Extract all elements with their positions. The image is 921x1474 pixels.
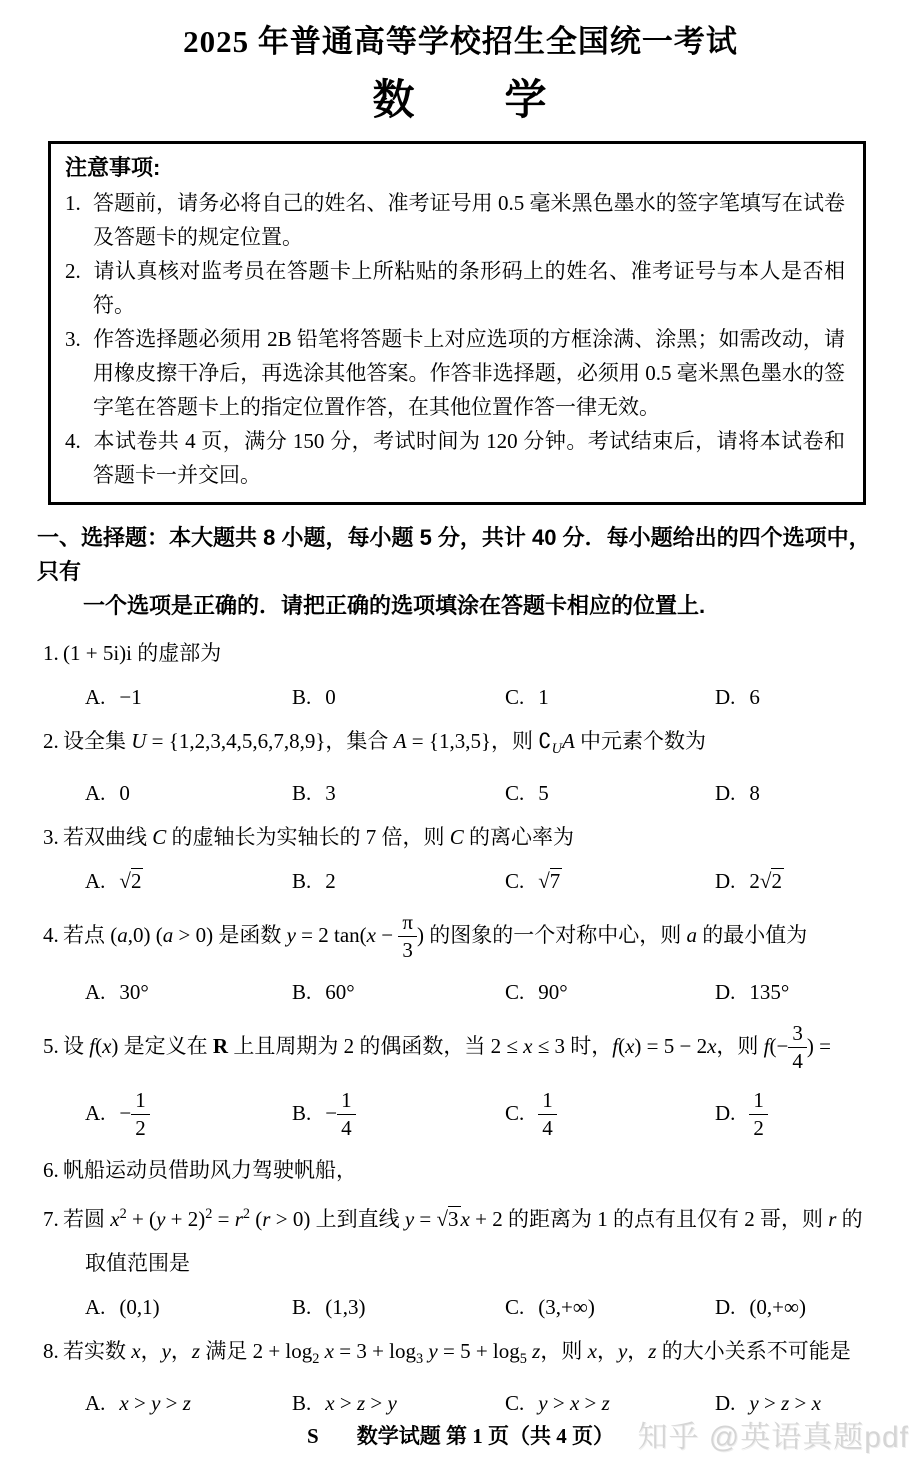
question-number: 6. — [43, 1156, 63, 1184]
option-label: D. — [715, 1295, 735, 1319]
question-text: 设全集 U = {1,2,3,4,5,6,7,8,9}，集合 A = {1,3,… — [63, 729, 706, 753]
option-b: B.x > z > y — [292, 1389, 505, 1417]
option-label: B. — [292, 1295, 311, 1319]
option-value: (0,1) — [119, 1295, 159, 1319]
footer-code: S — [307, 1424, 319, 1448]
notice-item-number: 3. — [65, 322, 93, 356]
option-label: C. — [505, 1101, 524, 1125]
option-b: B.−14 — [292, 1089, 505, 1140]
notice-item-number: 1. — [65, 186, 93, 220]
option-c: C.90° — [505, 978, 715, 1006]
option-a: A.√2 — [85, 867, 292, 895]
question: 7.若圆 x2 + (y + 2)2 = r2 (r > 0) 上到直线 y =… — [0, 1200, 921, 1321]
option-label: B. — [292, 1391, 311, 1415]
question-number: 3. — [43, 823, 63, 851]
question-text: 设 f(x) 是定义在 R 上且周期为 2 的偶函数，当 2 ≤ x ≤ 3 时… — [63, 1034, 831, 1058]
option-value: y > x > z — [538, 1391, 610, 1415]
option-label: B. — [292, 980, 311, 1004]
option-value: 90° — [538, 980, 567, 1004]
option-a: A.0 — [85, 779, 292, 807]
option-value: (0,+∞) — [749, 1295, 806, 1319]
section-heading-line2: 一个选项是正确的．请把正确的选项填涂在答题卡相应的位置上. — [37, 589, 882, 623]
option-value: x > z > y — [325, 1391, 397, 1415]
option-d: D.8 — [715, 779, 921, 807]
option-a: A.−1 — [85, 683, 292, 711]
option-label: A. — [85, 685, 105, 709]
option-value: −12 — [119, 1101, 149, 1125]
option-label: D. — [715, 781, 735, 805]
question: 1.(1 + 5i)i 的虚部为 A.−1B.0C.1D.6 — [0, 639, 921, 711]
question-number: 7. — [43, 1205, 63, 1233]
exam-page: 2025 年普通高等学校招生全国统一考试 数 学 注意事项: 1.答题前，请务必… — [0, 0, 921, 1474]
option-label: D. — [715, 869, 735, 893]
notice-item-text: 作答选择题必须用 2B 铅笔将答题卡上对应选项的方框涂满、涂黑；如需改动，请用橡… — [93, 327, 845, 419]
question-number: 5. — [43, 1032, 63, 1060]
option-label: D. — [715, 1101, 735, 1125]
option-value: −1 — [119, 685, 141, 709]
option-value: 14 — [538, 1101, 557, 1125]
section-heading-line1: 一、选择题：本大题共 8 小题，每小题 5 分，共计 40 分．每小题给出的四个… — [37, 521, 882, 589]
option-d: D.2√2 — [715, 867, 921, 895]
option-value: 5 — [538, 781, 549, 805]
option-d: D.(0,+∞) — [715, 1293, 921, 1321]
option-label: A. — [85, 869, 105, 893]
options-row: A.0B.3C.5D.8 — [0, 779, 921, 807]
section-heading: 一、选择题：本大题共 8 小题，每小题 5 分，共计 40 分．每小题给出的四个… — [37, 521, 882, 623]
option-b: B.3 — [292, 779, 505, 807]
option-label: C. — [505, 781, 524, 805]
option-value: 60° — [325, 980, 354, 1004]
option-value: 12 — [749, 1101, 768, 1125]
option-value: (1,3) — [325, 1295, 365, 1319]
option-label: A. — [85, 1295, 105, 1319]
notice-list: 1.答题前，请务必将自己的姓名、准考证号用 0.5 毫米黑色墨水的签字笔填写在试… — [65, 186, 845, 492]
option-value: 2√2 — [749, 868, 784, 893]
options-row: A.−12B.−14C.14D.12 — [0, 1089, 921, 1140]
option-label: B. — [292, 685, 311, 709]
question: 5.设 f(x) 是定义在 R 上且周期为 2 的偶函数，当 2 ≤ x ≤ 3… — [0, 1022, 921, 1140]
options-row: A.−1B.0C.1D.6 — [0, 683, 921, 711]
option-d: D.12 — [715, 1089, 921, 1140]
options-row: A.(0,1)B.(1,3)C.(3,+∞)D.(0,+∞) — [0, 1293, 921, 1321]
option-c: C.√7 — [505, 867, 715, 895]
question-text: (1 + 5i)i 的虚部为 — [63, 641, 221, 665]
option-value: 8 — [749, 781, 760, 805]
question: 2.设全集 U = {1,2,3,4,5,6,7,8,9}，集合 A = {1,… — [0, 727, 921, 807]
option-c: C.(3,+∞) — [505, 1293, 715, 1321]
option-value: √7 — [538, 868, 562, 893]
option-label: C. — [505, 1391, 524, 1415]
option-value: x > y > z — [119, 1391, 191, 1415]
option-d: D.135° — [715, 978, 921, 1006]
option-value: 3 — [325, 781, 336, 805]
notice-box: 注意事项: 1.答题前，请务必将自己的姓名、准考证号用 0.5 毫米黑色墨水的签… — [48, 141, 866, 505]
option-a: A.(0,1) — [85, 1293, 292, 1321]
questions-list: 1.(1 + 5i)i 的虚部为 A.−1B.0C.1D.6 2.设全集 U =… — [0, 639, 921, 1417]
option-label: C. — [505, 980, 524, 1004]
question-text-continuation: 取值范围是 — [0, 1249, 921, 1277]
exam-title: 2025 年普通高等学校招生全国统一考试 — [0, 16, 921, 61]
option-d: D.6 — [715, 683, 921, 711]
option-value: 0 — [119, 781, 130, 805]
option-value: √2 — [119, 868, 143, 893]
exam-subject: 数 学 — [0, 67, 921, 127]
option-label: C. — [505, 685, 524, 709]
question-number: 1. — [43, 639, 63, 667]
option-c: C.5 — [505, 779, 715, 807]
option-value: 135° — [749, 980, 789, 1004]
notice-item: 1.答题前，请务必将自己的姓名、准考证号用 0.5 毫米黑色墨水的签字笔填写在试… — [65, 186, 845, 254]
option-label: B. — [292, 1101, 311, 1125]
option-value: −14 — [325, 1101, 355, 1125]
option-label: B. — [292, 869, 311, 893]
options-row: A.√2B.2C.√7D.2√2 — [0, 867, 921, 895]
question-text: 若实数 x，y，z 满足 2 + log2 x = 3 + log3 y = 5… — [63, 1339, 851, 1363]
option-a: A.−12 — [85, 1089, 292, 1140]
question: 8.若实数 x，y，z 满足 2 + log2 x = 3 + log3 y =… — [0, 1337, 921, 1417]
watermark: 知乎 @英语真题pdf — [638, 1412, 910, 1456]
question: 6.帆船运动员借助风力驾驶帆船， — [0, 1156, 921, 1184]
question: 3.若双曲线 C 的虚轴长为实轴长的 7 倍，则 C 的离心率为 A.√2B.2… — [0, 823, 921, 895]
option-label: D. — [715, 685, 735, 709]
options-row: A.30°B.60°C.90°D.135° — [0, 978, 921, 1006]
notice-item-number: 2. — [65, 254, 93, 288]
notice-item: 4.本试卷共 4 页，满分 150 分，考试时间为 120 分钟。考试结束后，请… — [65, 424, 845, 492]
notice-item-text: 本试卷共 4 页，满分 150 分，考试时间为 120 分钟。考试结束后，请将本… — [93, 429, 845, 487]
option-b: B.60° — [292, 978, 505, 1006]
option-c: C.1 — [505, 683, 715, 711]
question-text: 若点 (a,0) (a > 0) 是函数 y = 2 tan(x − π3) 的… — [63, 923, 807, 947]
question-text: 若双曲线 C 的虚轴长为实轴长的 7 倍，则 C 的离心率为 — [63, 825, 574, 849]
option-c: C.14 — [505, 1089, 715, 1140]
option-label: A. — [85, 980, 105, 1004]
notice-item-text: 答题前，请务必将自己的姓名、准考证号用 0.5 毫米黑色墨水的签字笔填写在试卷及… — [93, 191, 845, 249]
option-label: A. — [85, 781, 105, 805]
notice-item: 2.请认真核对监考员在答题卡上所粘贴的条形码上的姓名、准考证号与本人是否相符。 — [65, 254, 845, 322]
notice-heading: 注意事项: — [65, 150, 845, 186]
option-label: A. — [85, 1101, 105, 1125]
option-b: B.0 — [292, 683, 505, 711]
option-value: (3,+∞) — [538, 1295, 595, 1319]
notice-item: 3.作答选择题必须用 2B 铅笔将答题卡上对应选项的方框涂满、涂黑；如需改动，请… — [65, 322, 845, 424]
option-b: B.2 — [292, 867, 505, 895]
option-label: A. — [85, 1391, 105, 1415]
question-text: 若圆 x2 + (y + 2)2 = r2 (r > 0) 上到直线 y = √… — [63, 1207, 863, 1231]
option-value: 1 — [538, 685, 549, 709]
option-a: A.30° — [85, 978, 292, 1006]
option-value: 6 — [749, 685, 760, 709]
footer-page-label: 数学试题 第 1 页（共 4 页） — [357, 1424, 614, 1448]
option-label: D. — [715, 980, 735, 1004]
question-text: 帆船运动员借助风力驾驶帆船， — [63, 1158, 357, 1182]
option-label: B. — [292, 781, 311, 805]
option-a: A.x > y > z — [85, 1389, 292, 1417]
option-b: B.(1,3) — [292, 1293, 505, 1321]
option-label: C. — [505, 1295, 524, 1319]
notice-item-text: 请认真核对监考员在答题卡上所粘贴的条形码上的姓名、准考证号与本人是否相符。 — [93, 259, 845, 317]
notice-item-number: 4. — [65, 424, 93, 458]
question: 4.若点 (a,0) (a > 0) 是函数 y = 2 tan(x − π3)… — [0, 911, 921, 1006]
option-value: 0 — [325, 685, 336, 709]
question-number: 4. — [43, 921, 63, 949]
question-number: 8. — [43, 1337, 63, 1365]
option-value: 2 — [325, 869, 336, 893]
question-number: 2. — [43, 727, 63, 755]
option-label: C. — [505, 869, 524, 893]
option-value: 30° — [119, 980, 148, 1004]
